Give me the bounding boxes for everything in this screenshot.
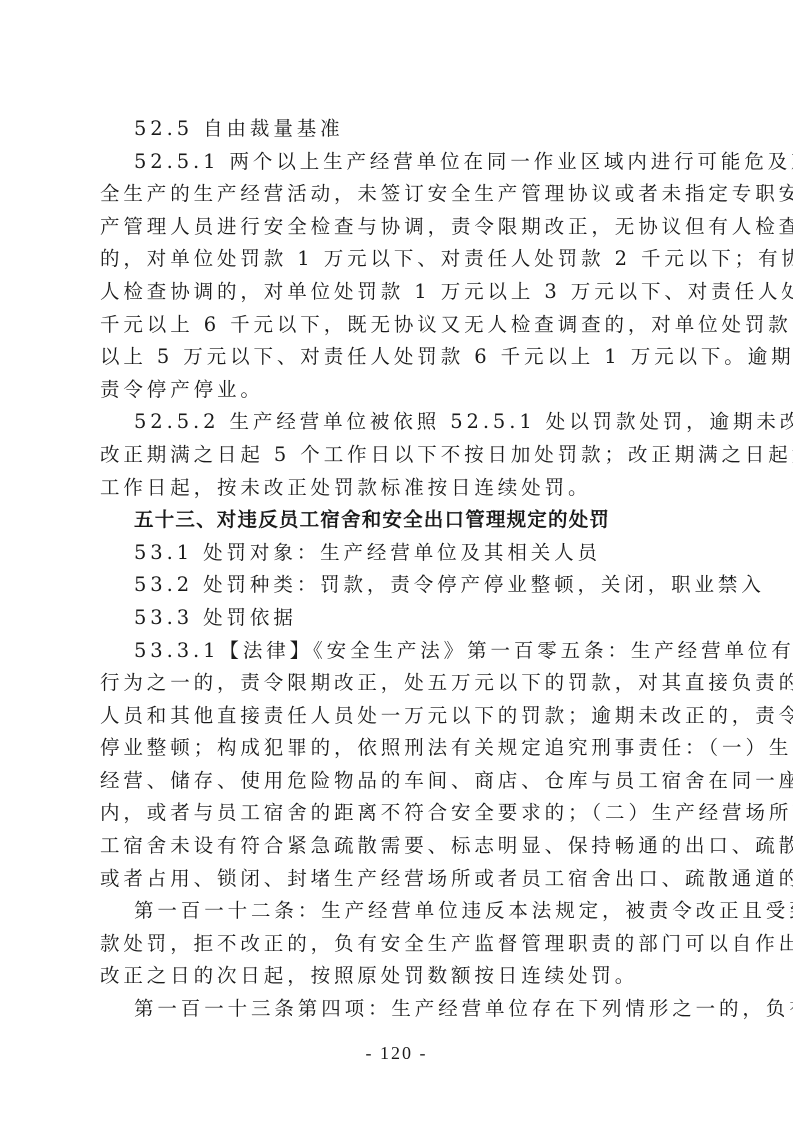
text-line: 53.2 处罚种类：罚款，责令停产停业整顿，关闭，职业禁入 (100, 569, 684, 602)
text-line: 以上 5 万元以下、对责任人处罚款 6 千元以上 1 万元以下。逾期未改正的， (100, 341, 684, 374)
text-line: 第一百一十二条：生产经营单位违反本法规定，被责令改正且受到罚 (100, 895, 684, 928)
text-line: 行为之一的，责令限期改正，处五万元以下的罚款，对其直接负责的主管 (100, 667, 684, 700)
paragraph: 53.1 处罚对象：生产经营单位及其相关人员 (100, 537, 684, 570)
text-line: 产管理人员进行安全检查与协调，责令限期改正，无协议但有人检查协调 (100, 211, 684, 244)
text-line: 53.3.1【法律】《安全生产法》第一百零五条：生产经营单位有下列 (100, 635, 684, 668)
text-line: 52.5.1 两个以上生产经营单位在同一作业区域内进行可能危及对方安 (100, 146, 684, 179)
text-line: 停业整顿；构成犯罪的，依照刑法有关规定追究刑事责任：（一）生产、 (100, 732, 684, 765)
text-line: 53.3 处罚依据 (100, 602, 684, 635)
text-line: 工宿舍未设有符合紧急疏散需要、标志明显、保持畅通的出口、疏散通道， (100, 830, 684, 863)
text-line: 责令停产停业。 (100, 374, 684, 407)
text-line: 全生产的生产经营活动，未签订安全生产管理协议或者未指定专职安全生 (100, 178, 684, 211)
text-line: 改正期满之日起 5 个工作日以下不按日加处罚款；改正期满之日起第 5 个 (100, 439, 684, 472)
text-line: 53.1 处罚对象：生产经营单位及其相关人员 (100, 537, 684, 570)
document-body: 52.5 自由裁量基准52.5.1 两个以上生产经营单位在同一作业区域内进行可能… (100, 113, 684, 1026)
paragraph: 52.5.1 两个以上生产经营单位在同一作业区域内进行可能危及对方安全生产的生产… (100, 146, 684, 407)
paragraph: 第一百一十三条第四项：生产经营单位存在下列情形之一的，负有安 (100, 993, 684, 1026)
text-line: 工作日起，按未改正处罚款标准按日连续处罚。 (100, 472, 684, 505)
text-line: 款处罚，拒不改正的，负有安全生产监督管理职责的部门可以自作出责令 (100, 928, 684, 961)
text-line: 五十三、对违反员工宿舍和安全出口管理规定的处罚 (100, 504, 684, 537)
paragraph: 53.3.1【法律】《安全生产法》第一百零五条：生产经营单位有下列行为之一的，责… (100, 635, 684, 896)
paragraph: 52.5 自由裁量基准 (100, 113, 684, 146)
text-line: 改正之日的次日起，按照原处罚数额按日连续处罚。 (100, 960, 684, 993)
text-line: 人检查协调的，对单位处罚款 1 万元以上 3 万元以下、对责任人处罚款 2 (100, 276, 684, 309)
text-line: 经营、储存、使用危险物品的车间、商店、仓库与员工宿舍在同一座建筑 (100, 765, 684, 798)
text-line: 的，对单位处罚款 1 万元以下、对责任人处罚款 2 千元以下；有协议但无 (100, 243, 684, 276)
text-line: 52.5.2 生产经营单位被依照 52.5.1 处以罚款处罚，逾期未改正，自 (100, 406, 684, 439)
text-line: 千元以上 6 千元以下，既无协议又无人检查调查的，对单位处罚款 3 万元 (100, 309, 684, 342)
paragraph: 53.2 处罚种类：罚款，责令停产停业整顿，关闭，职业禁入 (100, 569, 684, 602)
text-line: 第一百一十三条第四项：生产经营单位存在下列情形之一的，负有安 (100, 993, 684, 1026)
page-number: - 120 - (0, 1043, 793, 1064)
paragraph: 52.5.2 生产经营单位被依照 52.5.1 处以罚款处罚，逾期未改正，自改正… (100, 406, 684, 504)
text-line: 内，或者与员工宿舍的距离不符合安全要求的；（二）生产经营场所和员 (100, 797, 684, 830)
text-line: 或者占用、锁闭、封堵生产经营场所或者员工宿舍出口、疏散通道的。 (100, 863, 684, 896)
text-line: 52.5 自由裁量基准 (100, 113, 684, 146)
paragraph: 53.3 处罚依据 (100, 602, 684, 635)
paragraph: 第一百一十二条：生产经营单位违反本法规定，被责令改正且受到罚款处罚，拒不改正的，… (100, 895, 684, 993)
text-line: 人员和其他直接责任人员处一万元以下的罚款；逾期未改正的，责令停产 (100, 700, 684, 733)
section-heading: 五十三、对违反员工宿舍和安全出口管理规定的处罚 (100, 504, 684, 537)
